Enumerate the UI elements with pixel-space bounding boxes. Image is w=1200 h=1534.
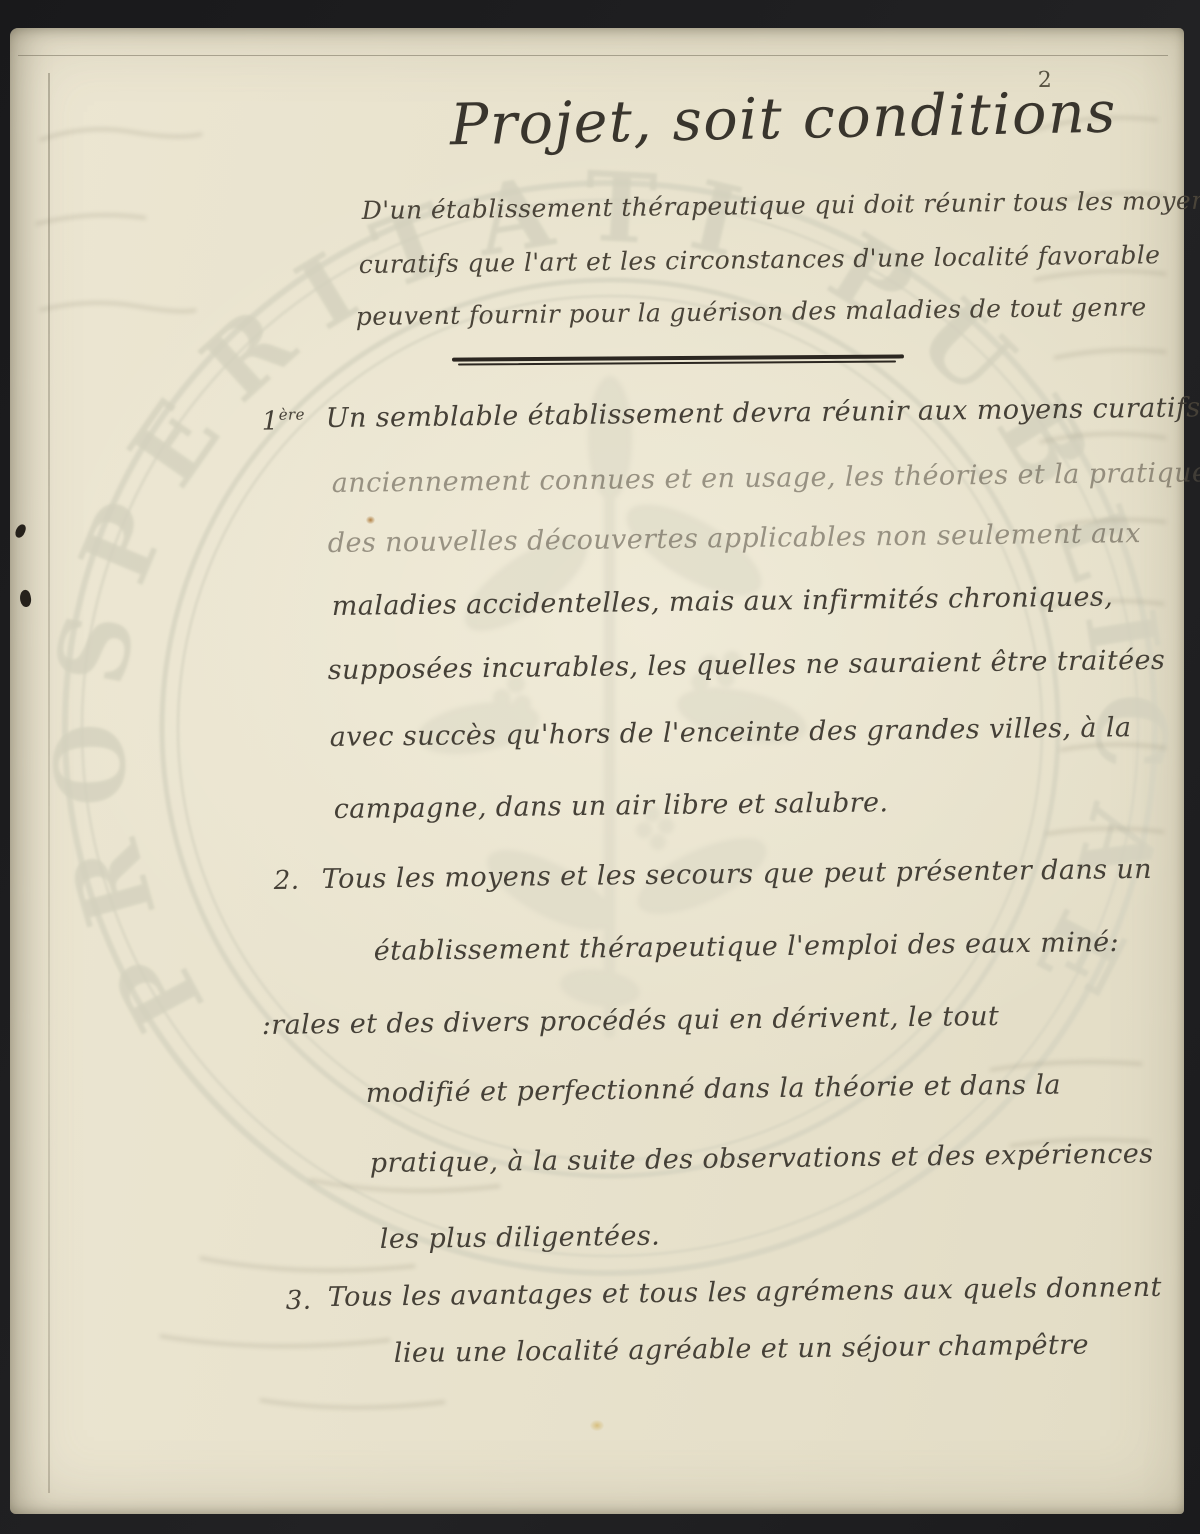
manuscript-page: PROSPERITATI PUBLICAE bbox=[10, 28, 1184, 1514]
subtitle-line-1: D'un établissement thérapeutique qui doi… bbox=[362, 186, 1200, 225]
section-1-line-4: maladies accidentelles, mais aux infirmi… bbox=[332, 581, 1114, 622]
section-1-line-3: des nouvelles découvertes applicables no… bbox=[328, 518, 1141, 559]
document-title: Projet, soit conditions bbox=[449, 80, 1117, 159]
section-divider bbox=[452, 354, 904, 365]
subtitle-line-2: curatifs que l'art et les circonstances … bbox=[359, 240, 1161, 279]
section-2-line-4: modifié et perfectionné dans la théorie … bbox=[366, 1070, 1061, 1109]
section-1-line-5: supposées incurables, les quelles ne sau… bbox=[328, 645, 1166, 686]
section-1-line-1: Un semblable établissement devra réunir … bbox=[326, 392, 1200, 434]
section-2-line-6: les plus diligentées. bbox=[380, 1221, 661, 1255]
section-3-line-2: lieu une localité agréable et un séjour … bbox=[394, 1330, 1089, 1369]
section-1-marker: 1ère bbox=[262, 405, 305, 436]
divider-thin-rule bbox=[458, 360, 896, 365]
section-2-line-5: pratique, à la suite des observations et… bbox=[370, 1138, 1154, 1179]
handwritten-content: 2 Projet, soit conditions D'un établisse… bbox=[10, 28, 1184, 1514]
section-3-marker: 3. bbox=[286, 1286, 312, 1316]
section-1-line-6: avec succès qu'hors de l'enceinte des gr… bbox=[330, 712, 1132, 753]
section-2-line-3: :rales et des divers procédés qui en dér… bbox=[262, 1001, 1000, 1041]
section-1-marker-number: 1 bbox=[262, 406, 279, 436]
section-1-marker-ordinal: ère bbox=[279, 405, 305, 423]
section-1-line-2: anciennement connues et en usage, les th… bbox=[332, 457, 1200, 499]
section-2-line-2: établissement thérapeutique l'emploi des… bbox=[374, 927, 1120, 967]
section-2-line-1: Tous les moyens et les secours que peut … bbox=[322, 854, 1153, 895]
section-2-marker: 2. bbox=[274, 866, 300, 896]
section-2-marker-number: 2. bbox=[274, 866, 300, 896]
section-1-line-7: campagne, dans un air libre et salubre. bbox=[334, 787, 889, 825]
section-3-marker-number: 3. bbox=[286, 1286, 312, 1316]
subtitle-line-3: peuvent fournir pour la guérison des mal… bbox=[356, 292, 1147, 331]
section-3-line-1: Tous les avantages et tous les agrémens … bbox=[328, 1272, 1162, 1313]
